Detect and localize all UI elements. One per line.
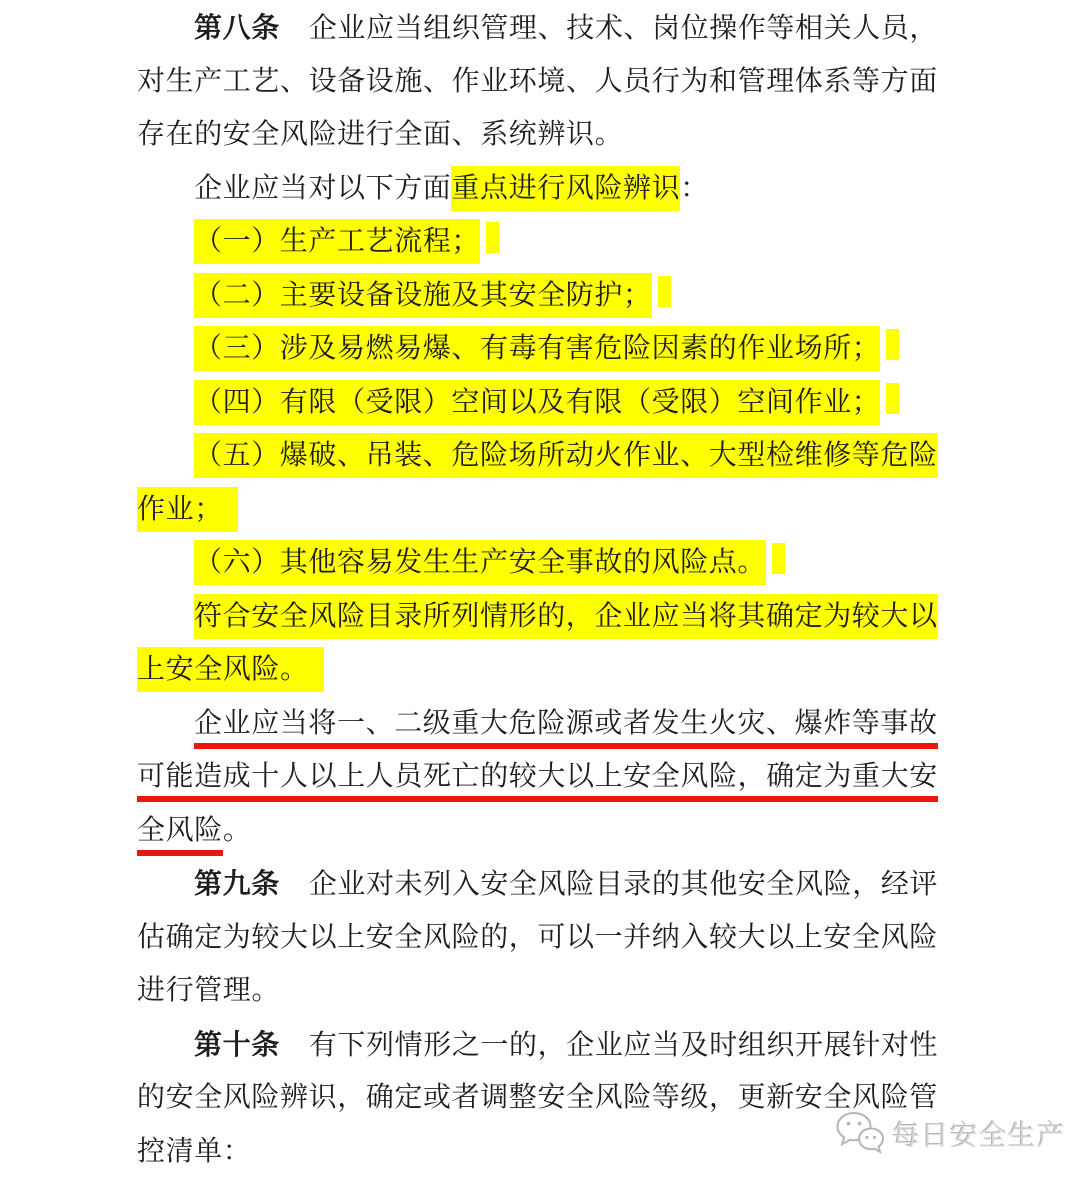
text-line: （六）其他容易发生生产安全事故的风险点。	[137, 536, 1080, 590]
text-run: 。	[223, 815, 252, 846]
text-run: 有下列情形之一的，企业应当及时组织开展针对性	[309, 1030, 938, 1061]
watermark: 每日安全生产	[834, 1106, 1066, 1162]
highlighted-text: （六）其他容易发生生产安全事故的风险点。	[194, 540, 766, 585]
highlighted-text: （二）主要设备设施及其安全防护；	[194, 273, 652, 318]
underlined-text: 全风险	[137, 815, 223, 856]
text-line: 第九条企业对未列入安全风险目录的其他安全风险，经评	[137, 857, 1080, 911]
watermark-label: 每日安全生产	[892, 1114, 1066, 1154]
highlight-fragment	[772, 543, 785, 574]
underlined-text: 企业应当将一、二级重大危险源或者发生火灾、爆炸等事故	[194, 708, 938, 749]
highlight-fragment	[886, 329, 899, 360]
text-run: 控清单：	[137, 1136, 251, 1167]
article-number: 第十条	[194, 1029, 280, 1060]
text-run: 进行管理。	[137, 975, 280, 1006]
text-line: 对生产工艺、设备设施、作业环境、人员行为和管理体系等方面	[137, 55, 1080, 109]
text-run: 的安全风险辨识，确定或者调整安全风险等级，更新安全风险管	[137, 1082, 938, 1113]
text-line: 存在的安全风险进行全面、系统辨识。	[137, 108, 1080, 162]
text-line: 符合安全风险目录所列情形的，企业应当将其确定为较大以	[137, 590, 1080, 644]
highlighted-text: （四）有限（受限）空间以及有限（受限）空间作业；	[194, 380, 880, 425]
text-line: 全风险。	[137, 804, 1080, 858]
text-line: 企业应当将一、二级重大危险源或者发生火灾、爆炸等事故	[137, 697, 1080, 751]
highlight-fragment	[658, 276, 671, 307]
text-run: 对生产工艺、设备设施、作业环境、人员行为和管理体系等方面	[137, 66, 938, 97]
text-line: （五）爆破、吊装、危险场所动火作业、大型检维修等危险	[137, 429, 1080, 483]
text-run: 企业应当对以下方面	[194, 173, 451, 204]
text-line: （二）主要设备设施及其安全防护；	[137, 269, 1080, 323]
text-run: ：	[680, 173, 709, 204]
highlight-fragment	[886, 383, 899, 414]
underlined-text: 可能造成十人以上人员死亡的较大以上安全风险，确定为重大安	[137, 761, 938, 802]
highlighted-text: 符合安全风险目录所列情形的，企业应当将其确定为较大以	[194, 594, 938, 639]
text-line: 上安全风险。	[137, 643, 1080, 697]
text-line: （三）涉及易燃易爆、有毒有害危险因素的作业场所；	[137, 322, 1080, 376]
text-line: 第八条企业应当组织管理、技术、岗位操作等相关人员，	[137, 1, 1080, 55]
highlighted-text: 重点进行风险辨识	[451, 166, 680, 211]
text-run: 企业应当组织管理、技术、岗位操作等相关人员，	[309, 13, 938, 44]
highlighted-text: （三）涉及易燃易爆、有毒有害危险因素的作业场所；	[194, 326, 880, 371]
text-line: 进行管理。	[137, 964, 1080, 1018]
text-line: 企业应当对以下方面重点进行风险辨识：	[137, 162, 1080, 216]
highlighted-text: 作业；	[137, 487, 238, 532]
text-run: 估确定为较大以上安全风险的，可以一并纳入较大以上安全风险	[137, 922, 938, 953]
highlighted-text: 上安全风险。	[137, 647, 324, 692]
wechat-icon	[834, 1110, 886, 1158]
text-line: （四）有限（受限）空间以及有限（受限）空间作业；	[137, 376, 1080, 430]
document-body: 第八条企业应当组织管理、技术、岗位操作等相关人员，对生产工艺、设备设施、作业环境…	[0, 0, 1080, 1178]
highlighted-text: （五）爆破、吊装、危险场所动火作业、大型检维修等危险	[194, 433, 938, 478]
text-line: 估确定为较大以上安全风险的，可以一并纳入较大以上安全风险	[137, 911, 1080, 965]
text-line: 第十条有下列情形之一的，企业应当及时组织开展针对性	[137, 1018, 1080, 1072]
text-line: 可能造成十人以上人员死亡的较大以上安全风险，确定为重大安	[137, 750, 1080, 804]
highlight-fragment	[486, 222, 499, 253]
text-line: 作业；	[137, 483, 1080, 537]
text-line: （一）生产工艺流程；	[137, 215, 1080, 269]
text-run: 存在的安全风险进行全面、系统辨识。	[137, 119, 623, 150]
article-number: 第九条	[194, 868, 280, 899]
article-number: 第八条	[194, 12, 280, 43]
text-run: 企业对未列入安全风险目录的其他安全风险，经评	[309, 869, 938, 900]
highlighted-text: （一）生产工艺流程；	[194, 219, 480, 264]
